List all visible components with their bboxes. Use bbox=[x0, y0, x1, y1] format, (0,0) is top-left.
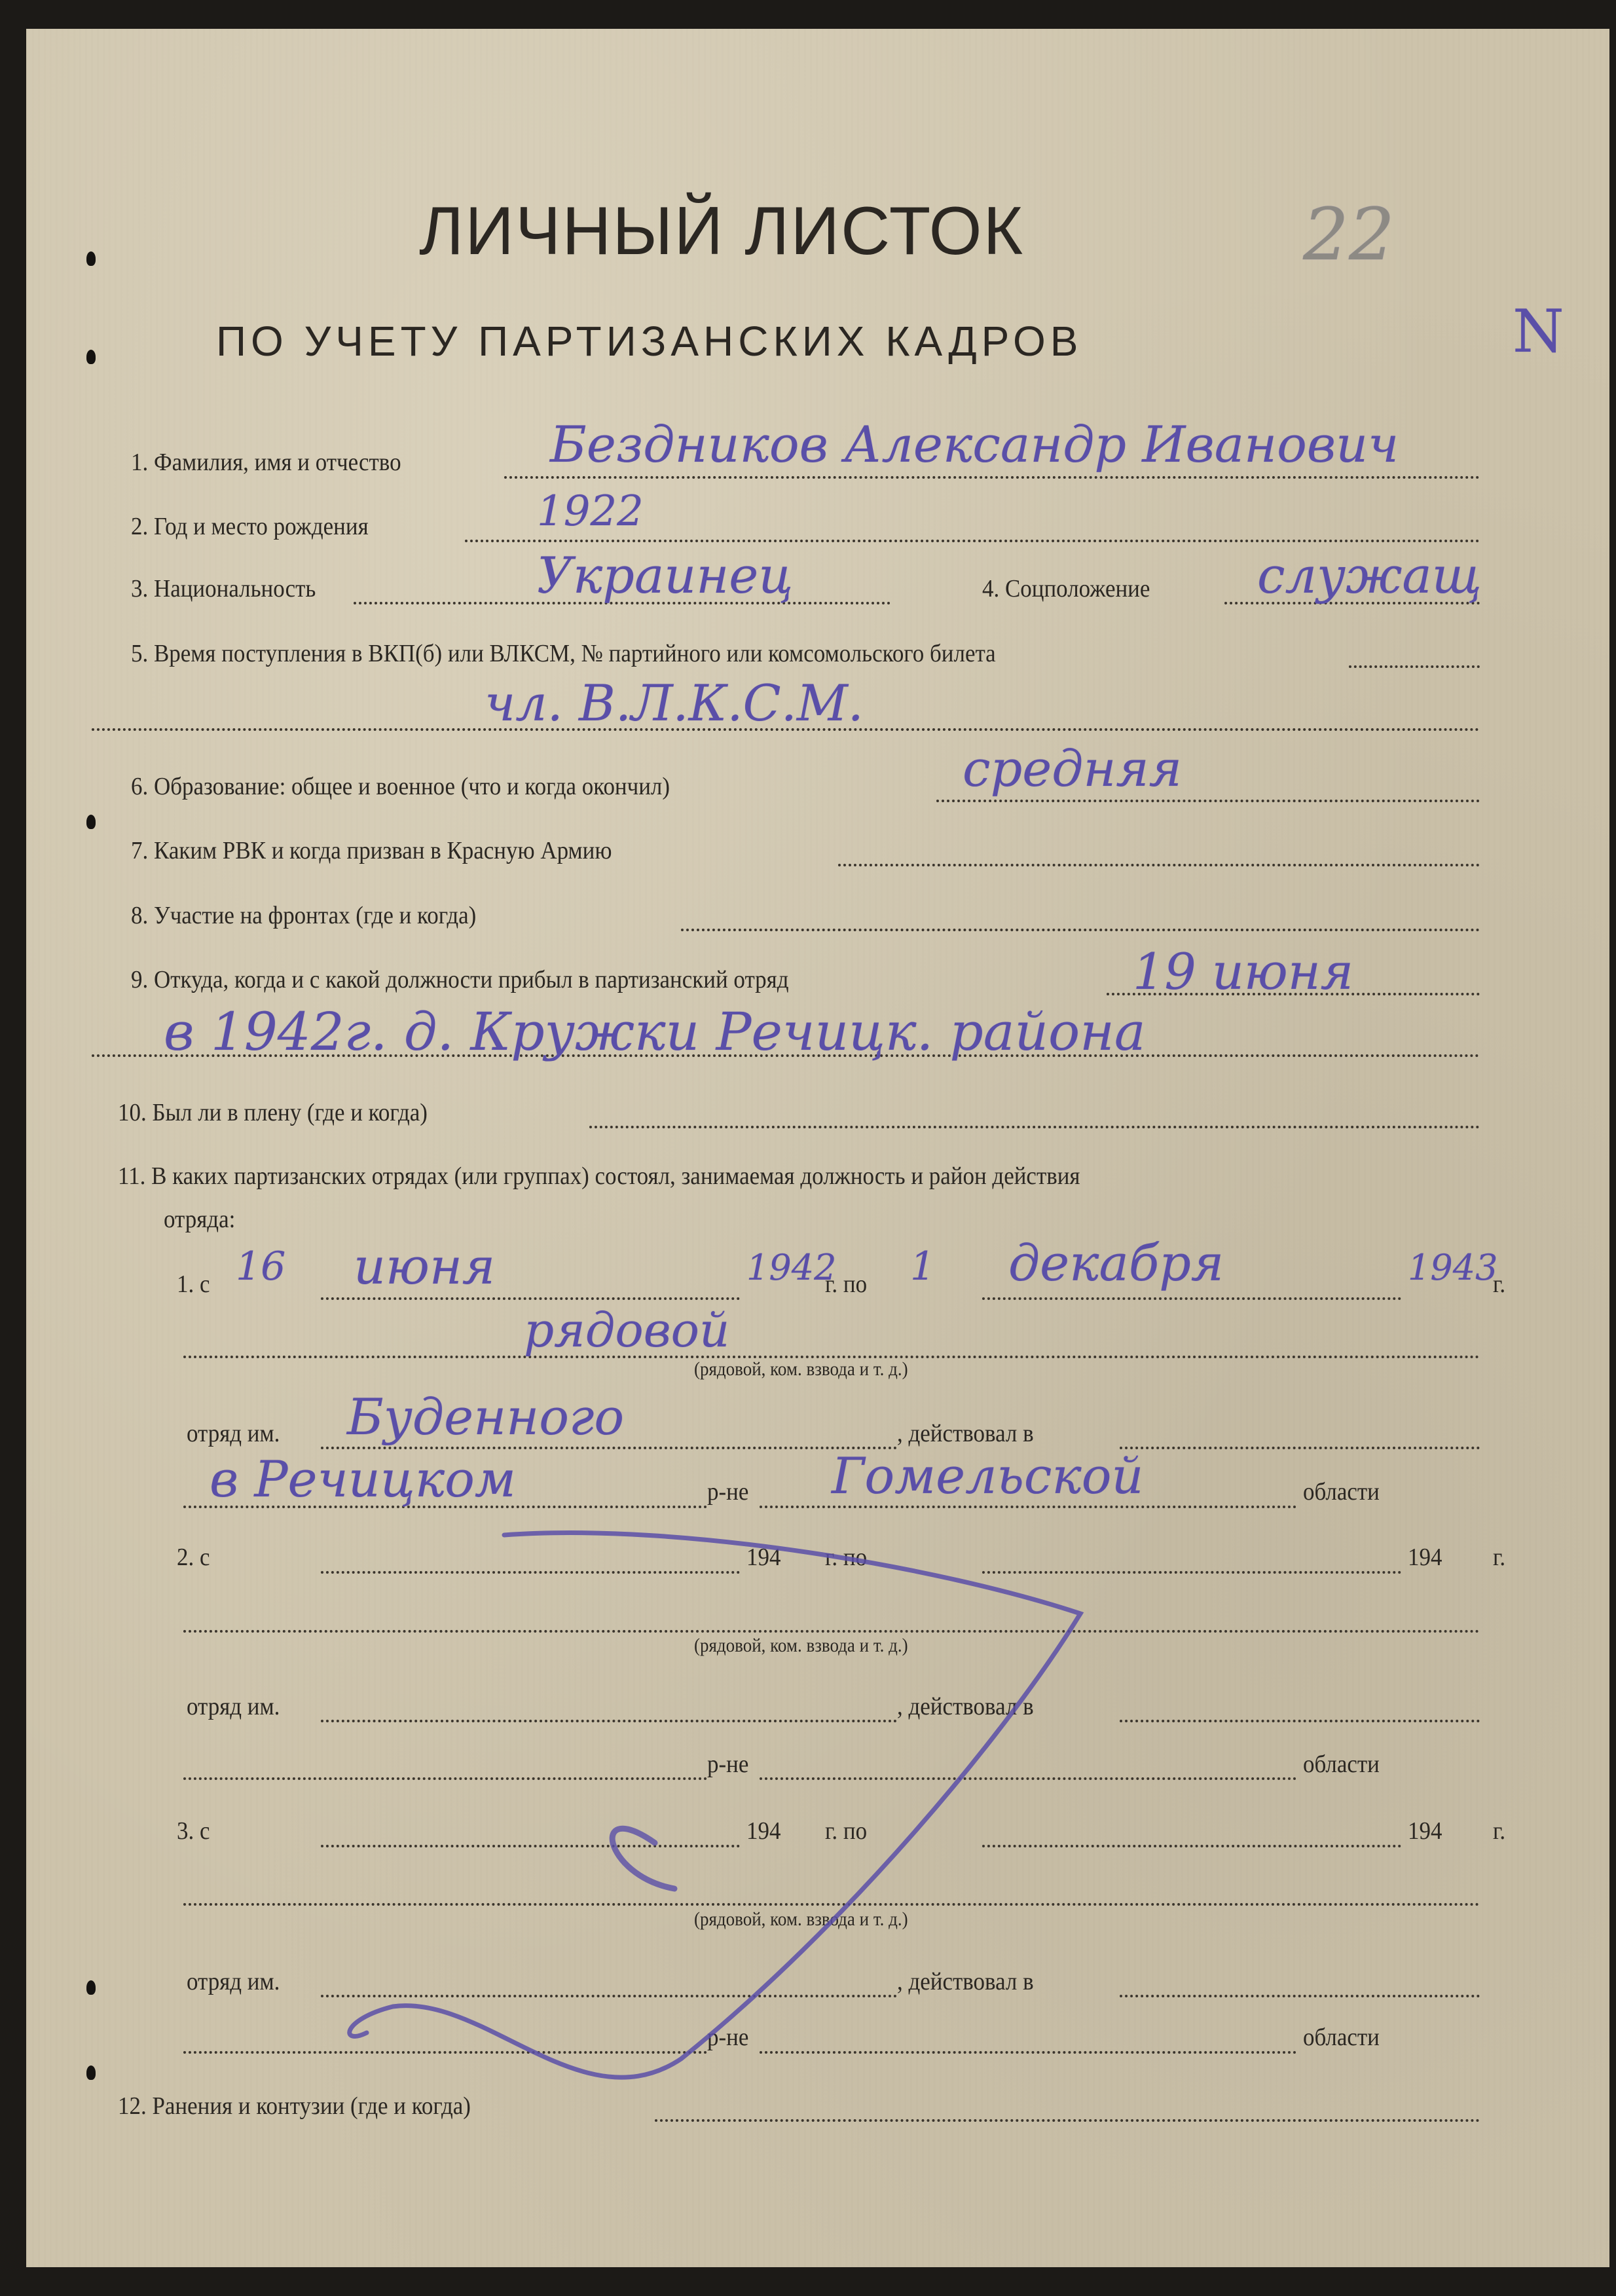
line-wounds bbox=[655, 2119, 1480, 2122]
det1-po: г. по bbox=[825, 1270, 867, 1299]
label-full-name: 1. Фамилия, имя и отчество bbox=[131, 448, 401, 477]
det2-otryad-label: отряд им. bbox=[187, 1692, 280, 1721]
det1-deystvoval: , действовал в bbox=[897, 1419, 1034, 1448]
pencil-page-number: 22 bbox=[1303, 193, 1395, 276]
det3-to-year: 194 bbox=[1408, 1817, 1442, 1845]
det2-oblasti: области bbox=[1303, 1750, 1380, 1779]
det1-from-line bbox=[321, 1297, 740, 1300]
value-social-status: служащ bbox=[1257, 546, 1482, 604]
det3-from-year: 194 bbox=[746, 1817, 780, 1845]
line-education bbox=[936, 800, 1480, 802]
label-captivity: 10. Был ли в плену (где и когда) bbox=[118, 1098, 428, 1127]
det3-otryad-label: отряд им. bbox=[187, 1967, 280, 1996]
det3-oblast-line bbox=[760, 2051, 1296, 2054]
det3-named-line bbox=[321, 1995, 897, 1997]
label-party-membership: 5. Время поступления в ВКП(б) или ВЛКСМ,… bbox=[131, 639, 996, 668]
label-conscription: 7. Каким РВК и когда призван в Красную А… bbox=[131, 836, 612, 865]
label-fronts: 8. Участие на фронтах (где и когда) bbox=[131, 901, 476, 930]
det3-position-hint: (рядовой, ком. взвода и т. д.) bbox=[694, 1908, 908, 1931]
det2-to-line bbox=[982, 1571, 1401, 1574]
det2-position-hint: (рядовой, ком. взвода и т. д.) bbox=[694, 1635, 908, 1657]
det1-named-after: Буденного bbox=[347, 1388, 624, 1446]
det1-from-year: 1942 bbox=[746, 1247, 836, 1288]
det1-named-line bbox=[321, 1447, 897, 1449]
det3-to-line bbox=[982, 1845, 1401, 1847]
det1-from-month: июня bbox=[354, 1237, 495, 1295]
label-arrival: 9. Откуда, когда и с какой должности при… bbox=[131, 965, 789, 994]
det2-from-line bbox=[321, 1571, 740, 1574]
det3-g: г. bbox=[1493, 1817, 1505, 1845]
value-party-membership: чл. В.Л.К.С.М. bbox=[485, 674, 864, 732]
det3-rne: р-не bbox=[707, 2023, 748, 2052]
det2-named-line bbox=[321, 1720, 897, 1722]
ink-mark: N bbox=[1513, 297, 1564, 366]
line-captivity bbox=[589, 1126, 1480, 1128]
label-nationality: 3. Национальность bbox=[131, 574, 316, 603]
det2-po: г. по bbox=[825, 1543, 867, 1572]
det1-oblast: Гомельской bbox=[832, 1447, 1143, 1505]
value-arrival-place: в 1942г. д. Кружки Речицк. района bbox=[164, 1001, 1146, 1062]
binder-mark bbox=[86, 1980, 96, 1995]
det2-from-year: 194 bbox=[746, 1543, 780, 1572]
det1-oblast-line bbox=[760, 1506, 1296, 1508]
det2-oblast-line bbox=[760, 1777, 1296, 1780]
det1-num: 1. с bbox=[177, 1270, 210, 1299]
det3-po: г. по bbox=[825, 1817, 867, 1845]
det3-num: 3. с bbox=[177, 1817, 210, 1845]
document-title: ЛИЧНЫЙ ЛИСТОК bbox=[419, 193, 1024, 270]
det1-to-day: 1 bbox=[910, 1244, 935, 1289]
label-detachments: 11. В каких партизанских отрядах (или гр… bbox=[118, 1162, 1080, 1191]
det3-deystvoval: , действовал в bbox=[897, 1967, 1034, 1996]
binder-mark bbox=[86, 2065, 96, 2080]
det2-position-line bbox=[183, 1630, 1480, 1633]
det2-district-line bbox=[183, 1777, 707, 1780]
det3-from-line bbox=[321, 1845, 740, 1847]
det2-deystvoval-line bbox=[1120, 1720, 1480, 1722]
label-detachments-cont: отряда: bbox=[164, 1205, 235, 1234]
det1-to-line bbox=[982, 1297, 1401, 1300]
binder-mark bbox=[86, 815, 96, 829]
label-social-status: 4. Соцположение bbox=[982, 574, 1150, 603]
det1-position-hint: (рядовой, ком. взвода и т. д.) bbox=[694, 1358, 908, 1380]
line-full-name bbox=[504, 476, 1480, 479]
value-arrival-date: 19 июня bbox=[1133, 942, 1353, 1001]
value-nationality: Украинец bbox=[537, 546, 793, 604]
label-education: 6. Образование: общее и военное (что и к… bbox=[131, 772, 670, 801]
value-full-name: Бездников Александр Иванович bbox=[550, 415, 1399, 473]
document-sheet: ЛИЧНЫЙ ЛИСТОК 22 ПО УЧЕТУ ПАРТИЗАНСКИХ К… bbox=[26, 29, 1609, 2267]
binder-mark bbox=[86, 251, 96, 266]
det1-g: г. bbox=[1493, 1270, 1505, 1299]
det1-oblasti: области bbox=[1303, 1477, 1380, 1506]
det1-to-year: 1943 bbox=[1408, 1247, 1497, 1288]
det2-to-year: 194 bbox=[1408, 1543, 1442, 1572]
det3-oblasti: области bbox=[1303, 2023, 1380, 2052]
det3-position-line bbox=[183, 1903, 1480, 1906]
det1-position: рядовой bbox=[524, 1303, 729, 1358]
det1-otryad-label: отряд им. bbox=[187, 1419, 280, 1448]
label-wounds: 12. Ранения и контузии (где и когда) bbox=[118, 2092, 471, 2120]
det2-num: 2. с bbox=[177, 1543, 210, 1572]
line-fronts bbox=[681, 929, 1480, 931]
document-subtitle: ПО УЧЕТУ ПАРТИЗАНСКИХ КАДРОВ bbox=[216, 317, 1082, 365]
det1-from-day: 16 bbox=[236, 1244, 285, 1289]
det1-deystvoval-line bbox=[1120, 1447, 1480, 1449]
line-conscription bbox=[838, 864, 1480, 866]
det2-rne: р-не bbox=[707, 1750, 748, 1779]
det1-district: в Речицком bbox=[210, 1450, 516, 1508]
det2-deystvoval: , действовал в bbox=[897, 1692, 1034, 1721]
line-party-a bbox=[1349, 665, 1480, 668]
det1-rne: р-не bbox=[707, 1477, 748, 1506]
det2-g: г. bbox=[1493, 1543, 1505, 1572]
det3-district-line bbox=[183, 2051, 707, 2054]
value-birth: 1922 bbox=[537, 487, 644, 536]
det3-deystvoval-line bbox=[1120, 1995, 1480, 1997]
line-birth bbox=[465, 540, 1480, 542]
value-education: средняя bbox=[963, 739, 1182, 798]
det1-to-month: декабря bbox=[1008, 1234, 1224, 1292]
binder-mark bbox=[86, 350, 96, 364]
label-birth: 2. Год и место рождения bbox=[131, 512, 369, 541]
